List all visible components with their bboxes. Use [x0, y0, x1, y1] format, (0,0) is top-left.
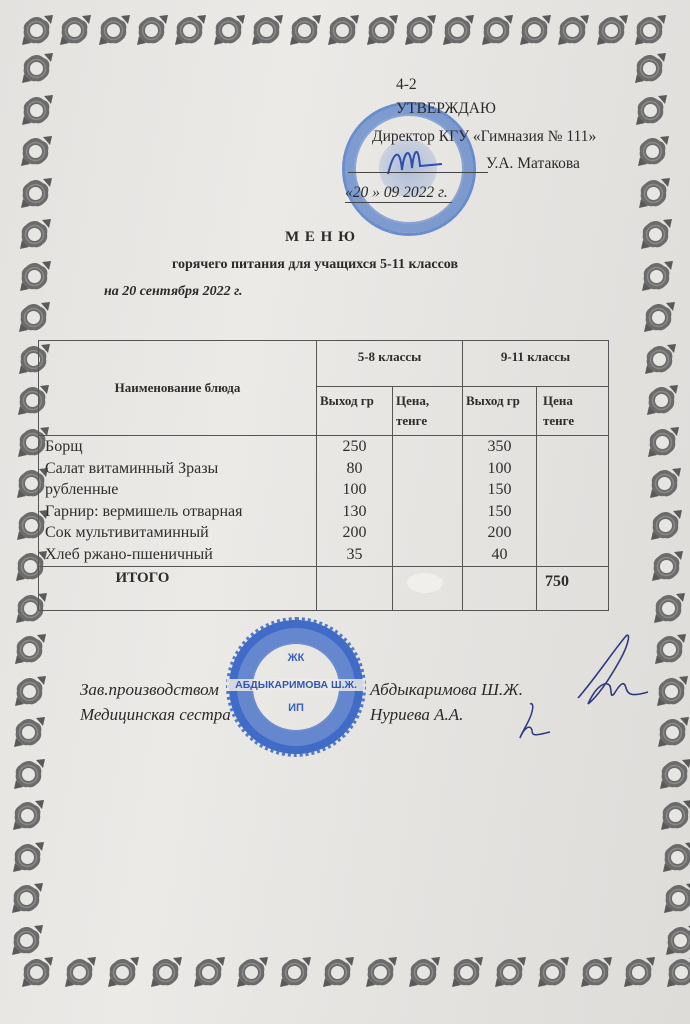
ornament-icon [643, 343, 677, 375]
yield-5-8-list: 2508010013020035 [317, 436, 393, 567]
ornament-icon [640, 260, 674, 292]
dish-name: Хлеб ржано-пшеничный [45, 544, 312, 566]
approval-title: УТВЕРЖДАЮ [396, 100, 496, 118]
yield-value: 100 [317, 479, 392, 501]
ornament-icon [212, 14, 246, 46]
ornament-icon [11, 799, 45, 831]
ornament-icon [10, 924, 44, 956]
total-price-5-8 [393, 566, 463, 610]
ornament-icon [645, 384, 679, 416]
ornament-icon [18, 260, 52, 292]
ornament-icon [480, 14, 514, 46]
ornament-icon [633, 14, 667, 46]
subheader-price-5-8: Цена, тенге [393, 387, 463, 436]
ornament-icon [656, 716, 690, 748]
ornament-icon [658, 758, 690, 790]
ornament-icon [655, 675, 689, 707]
ornament-icon [493, 956, 527, 988]
yield-value: 200 [317, 522, 392, 544]
stamp-line-2: АБДЫКАРИМОВА Ш.Ж. [227, 679, 365, 691]
subheader-price-9-11: Цена тенге [537, 387, 609, 436]
ornament-icon [18, 218, 52, 250]
ornament-icon [646, 426, 680, 458]
yield-value: 250 [317, 436, 392, 458]
ornament-icon [321, 956, 355, 988]
ornament-icon [149, 956, 183, 988]
production-head-signature [574, 630, 654, 710]
role-production-head: Зав.производством [80, 680, 219, 700]
ornament-icon [556, 14, 590, 46]
dish-name: рубленные [45, 479, 312, 501]
yield-value: 200 [463, 522, 536, 544]
total-label: ИТОГО [39, 566, 317, 610]
ornament-icon [637, 177, 671, 209]
ornament-icon [173, 14, 207, 46]
ornament-icon [13, 675, 47, 707]
yield-value: 150 [463, 501, 536, 523]
menu-date: на 20 сентября 2022 г. [104, 284, 243, 300]
ornament-icon [518, 14, 552, 46]
ornament-icon [665, 956, 690, 988]
ornament-icon [58, 14, 92, 46]
ornament-icon [536, 956, 570, 988]
yield-value: 130 [317, 501, 392, 523]
yield-value: 35 [317, 544, 392, 566]
subheader-yield-5-8: Выход гр [317, 387, 393, 436]
ornament-icon [13, 633, 47, 665]
ornament-icon [579, 956, 613, 988]
col-group-5-8: 5-8 классы [317, 341, 463, 387]
ornament-icon [278, 956, 312, 988]
name-nurse: Нуриева А.А. [370, 705, 463, 725]
ornament-icon [450, 956, 484, 988]
yield-value: 40 [463, 544, 536, 566]
ornament-icon [649, 509, 683, 541]
dish-name: Салат витаминный Зразы [45, 458, 312, 480]
page-reference: 4-2 [396, 76, 417, 94]
yield-value: 350 [463, 436, 536, 458]
yield-value: 150 [463, 479, 536, 501]
ornament-icon [648, 467, 682, 499]
yield-value: 100 [463, 458, 536, 480]
ornament-icon [12, 758, 46, 790]
ornament-icon [106, 956, 140, 988]
ornament-icon [639, 218, 673, 250]
price-9-11-cell [537, 436, 609, 567]
ornament-icon [636, 135, 670, 167]
ornament-icon [664, 924, 690, 956]
col-header-dish: Наименование блюда [39, 341, 317, 436]
document-subtitle: горячего питания для учащихся 5-11 класс… [172, 257, 458, 273]
ornament-icon [652, 592, 686, 624]
stamp-line-3: ИП [229, 702, 363, 714]
ornament-icon [403, 14, 437, 46]
ornament-icon [595, 14, 629, 46]
ornament-icon [97, 14, 131, 46]
ornament-icon [407, 956, 441, 988]
dish-name: Сок мультивитаминный [45, 522, 312, 544]
col-group-9-11: 9-11 классы [463, 341, 609, 387]
col-group-9-11-label: 9-11 классы [501, 349, 570, 364]
dish-name: Борщ [45, 436, 312, 458]
ornament-icon [63, 956, 97, 988]
signature-line [348, 172, 488, 173]
ornament-icon [653, 633, 687, 665]
role-nurse: Медицинская сестра [80, 705, 231, 725]
ornament-icon [20, 94, 54, 126]
ornament-icon [20, 956, 54, 988]
ornament-icon [288, 14, 322, 46]
ornament-icon [20, 14, 54, 46]
director-signature [384, 140, 444, 180]
ornament-icon [633, 52, 667, 84]
price-5-8-cell [393, 436, 463, 567]
ornament-icon [364, 956, 398, 988]
approval-name: У.А. Матакова [486, 155, 580, 173]
col-header-dish-label: Наименование блюда [115, 380, 241, 395]
dish-list: БорщСалат витаминный ЗразырубленныеГарни… [39, 436, 317, 567]
ornament-icon [192, 956, 226, 988]
ornament-icon [17, 301, 51, 333]
ornament-icon [659, 799, 690, 831]
ornament-icon [622, 956, 656, 988]
yield-value: 80 [317, 458, 392, 480]
ornament-icon [250, 14, 284, 46]
ornament-icon [11, 841, 45, 873]
ornament-icon [19, 135, 53, 167]
ornament-icon [235, 956, 269, 988]
menu-table: Наименование блюда 5-8 классы 9-11 класс… [38, 340, 609, 611]
total-yield-9-11 [463, 566, 537, 610]
ornament-icon [135, 14, 169, 46]
ornament-icon [365, 14, 399, 46]
document-title: М Е Н Ю [285, 229, 356, 246]
total-value: 750 [537, 566, 609, 610]
ornament-icon [326, 14, 360, 46]
ornament-icon [441, 14, 475, 46]
ornament-icon [650, 550, 684, 582]
total-yield-5-8 [317, 566, 393, 610]
stamp-line-1: ЖК [229, 652, 363, 664]
approval-position: Директор КГУ «Гимназия № 111» [372, 128, 596, 146]
col-group-5-8-label: 5-8 классы [358, 349, 422, 364]
ornament-icon [634, 94, 668, 126]
nurse-signature [510, 700, 560, 744]
ornament-icon [642, 301, 676, 333]
ornament-icon [20, 52, 54, 84]
correction-mark [407, 573, 443, 593]
subheader-yield-9-11: Выход гр [463, 387, 537, 436]
approval-date: «20 » 09 2022 г. [345, 184, 452, 203]
ornament-icon [10, 882, 44, 914]
ornament-icon [19, 177, 53, 209]
ornament-icon [661, 841, 690, 873]
company-stamp: ЖК АБДЫКАРИМОВА Ш.Ж. ИП [226, 617, 366, 757]
dish-name: Гарнир: вермишель отварная [45, 501, 312, 523]
yield-9-11-list: 35010015015020040 [463, 436, 537, 567]
name-production-head: Абдыкаримова Ш.Ж. [370, 680, 523, 700]
ornament-icon [12, 716, 46, 748]
ornament-icon [662, 882, 690, 914]
